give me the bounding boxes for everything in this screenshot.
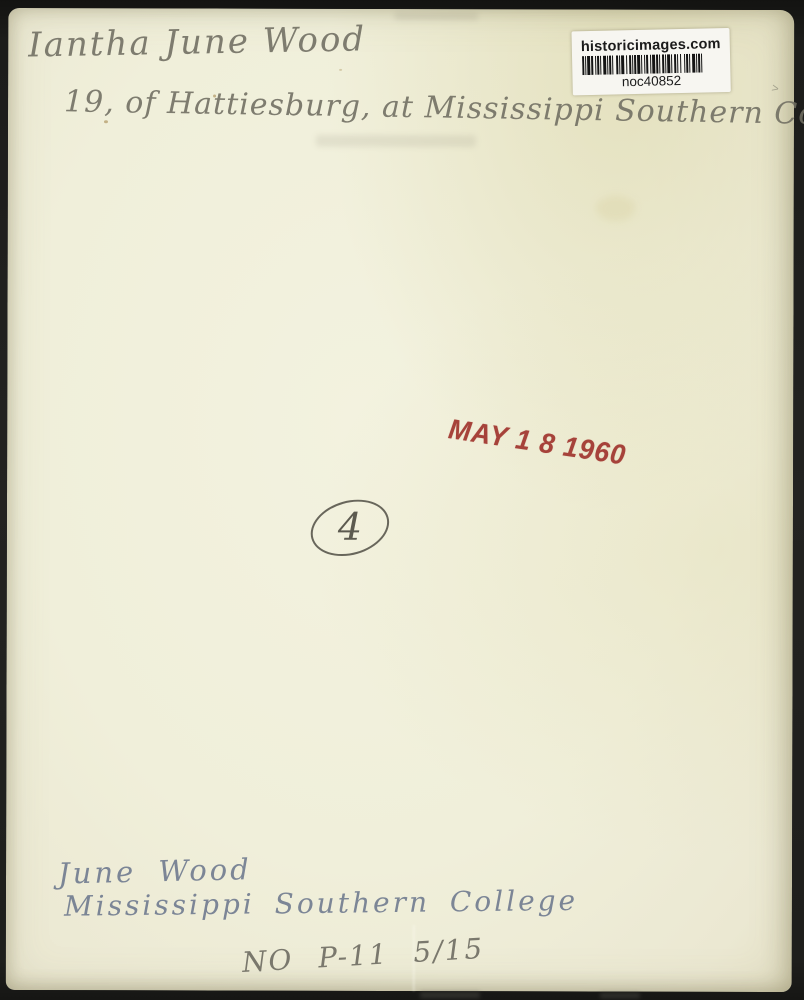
scan-margin-blotch (600, 993, 640, 998)
photo-verso-paper: Iantha June Wood 19, of Hattiesburg, at … (6, 8, 795, 992)
pencil-caption-name: Iantha June Wood (28, 19, 367, 65)
ink-caption-name: June Wood (58, 852, 252, 891)
ink-caption-affiliation: Mississippi Southern College (64, 884, 579, 923)
vendor-website-label: historicimages.com (581, 36, 721, 55)
catalog-number: noc40852 (622, 73, 682, 89)
paper-stain (596, 196, 636, 222)
scan-background: { "photo_back": { "pencil_top": { "line1… (0, 0, 804, 1000)
pencil-filing-code: NO P-11 5/15 (241, 932, 485, 979)
circled-number-value: 4 (338, 505, 362, 549)
paper-speck (104, 120, 108, 123)
date-stamp: MAY 1 8 1960 (446, 413, 628, 472)
circled-number: 4 (304, 491, 396, 565)
vendor-sticker: historicimages.com noc40852 (571, 28, 730, 95)
pencil-edge-mark: > (771, 81, 787, 94)
scan-margin-blotch (420, 992, 480, 998)
ghost-text-impression (316, 135, 476, 147)
paper-speck (339, 69, 342, 71)
barcode (582, 53, 720, 75)
ghost-text-impression (394, 12, 478, 20)
paper-speck (213, 95, 216, 98)
